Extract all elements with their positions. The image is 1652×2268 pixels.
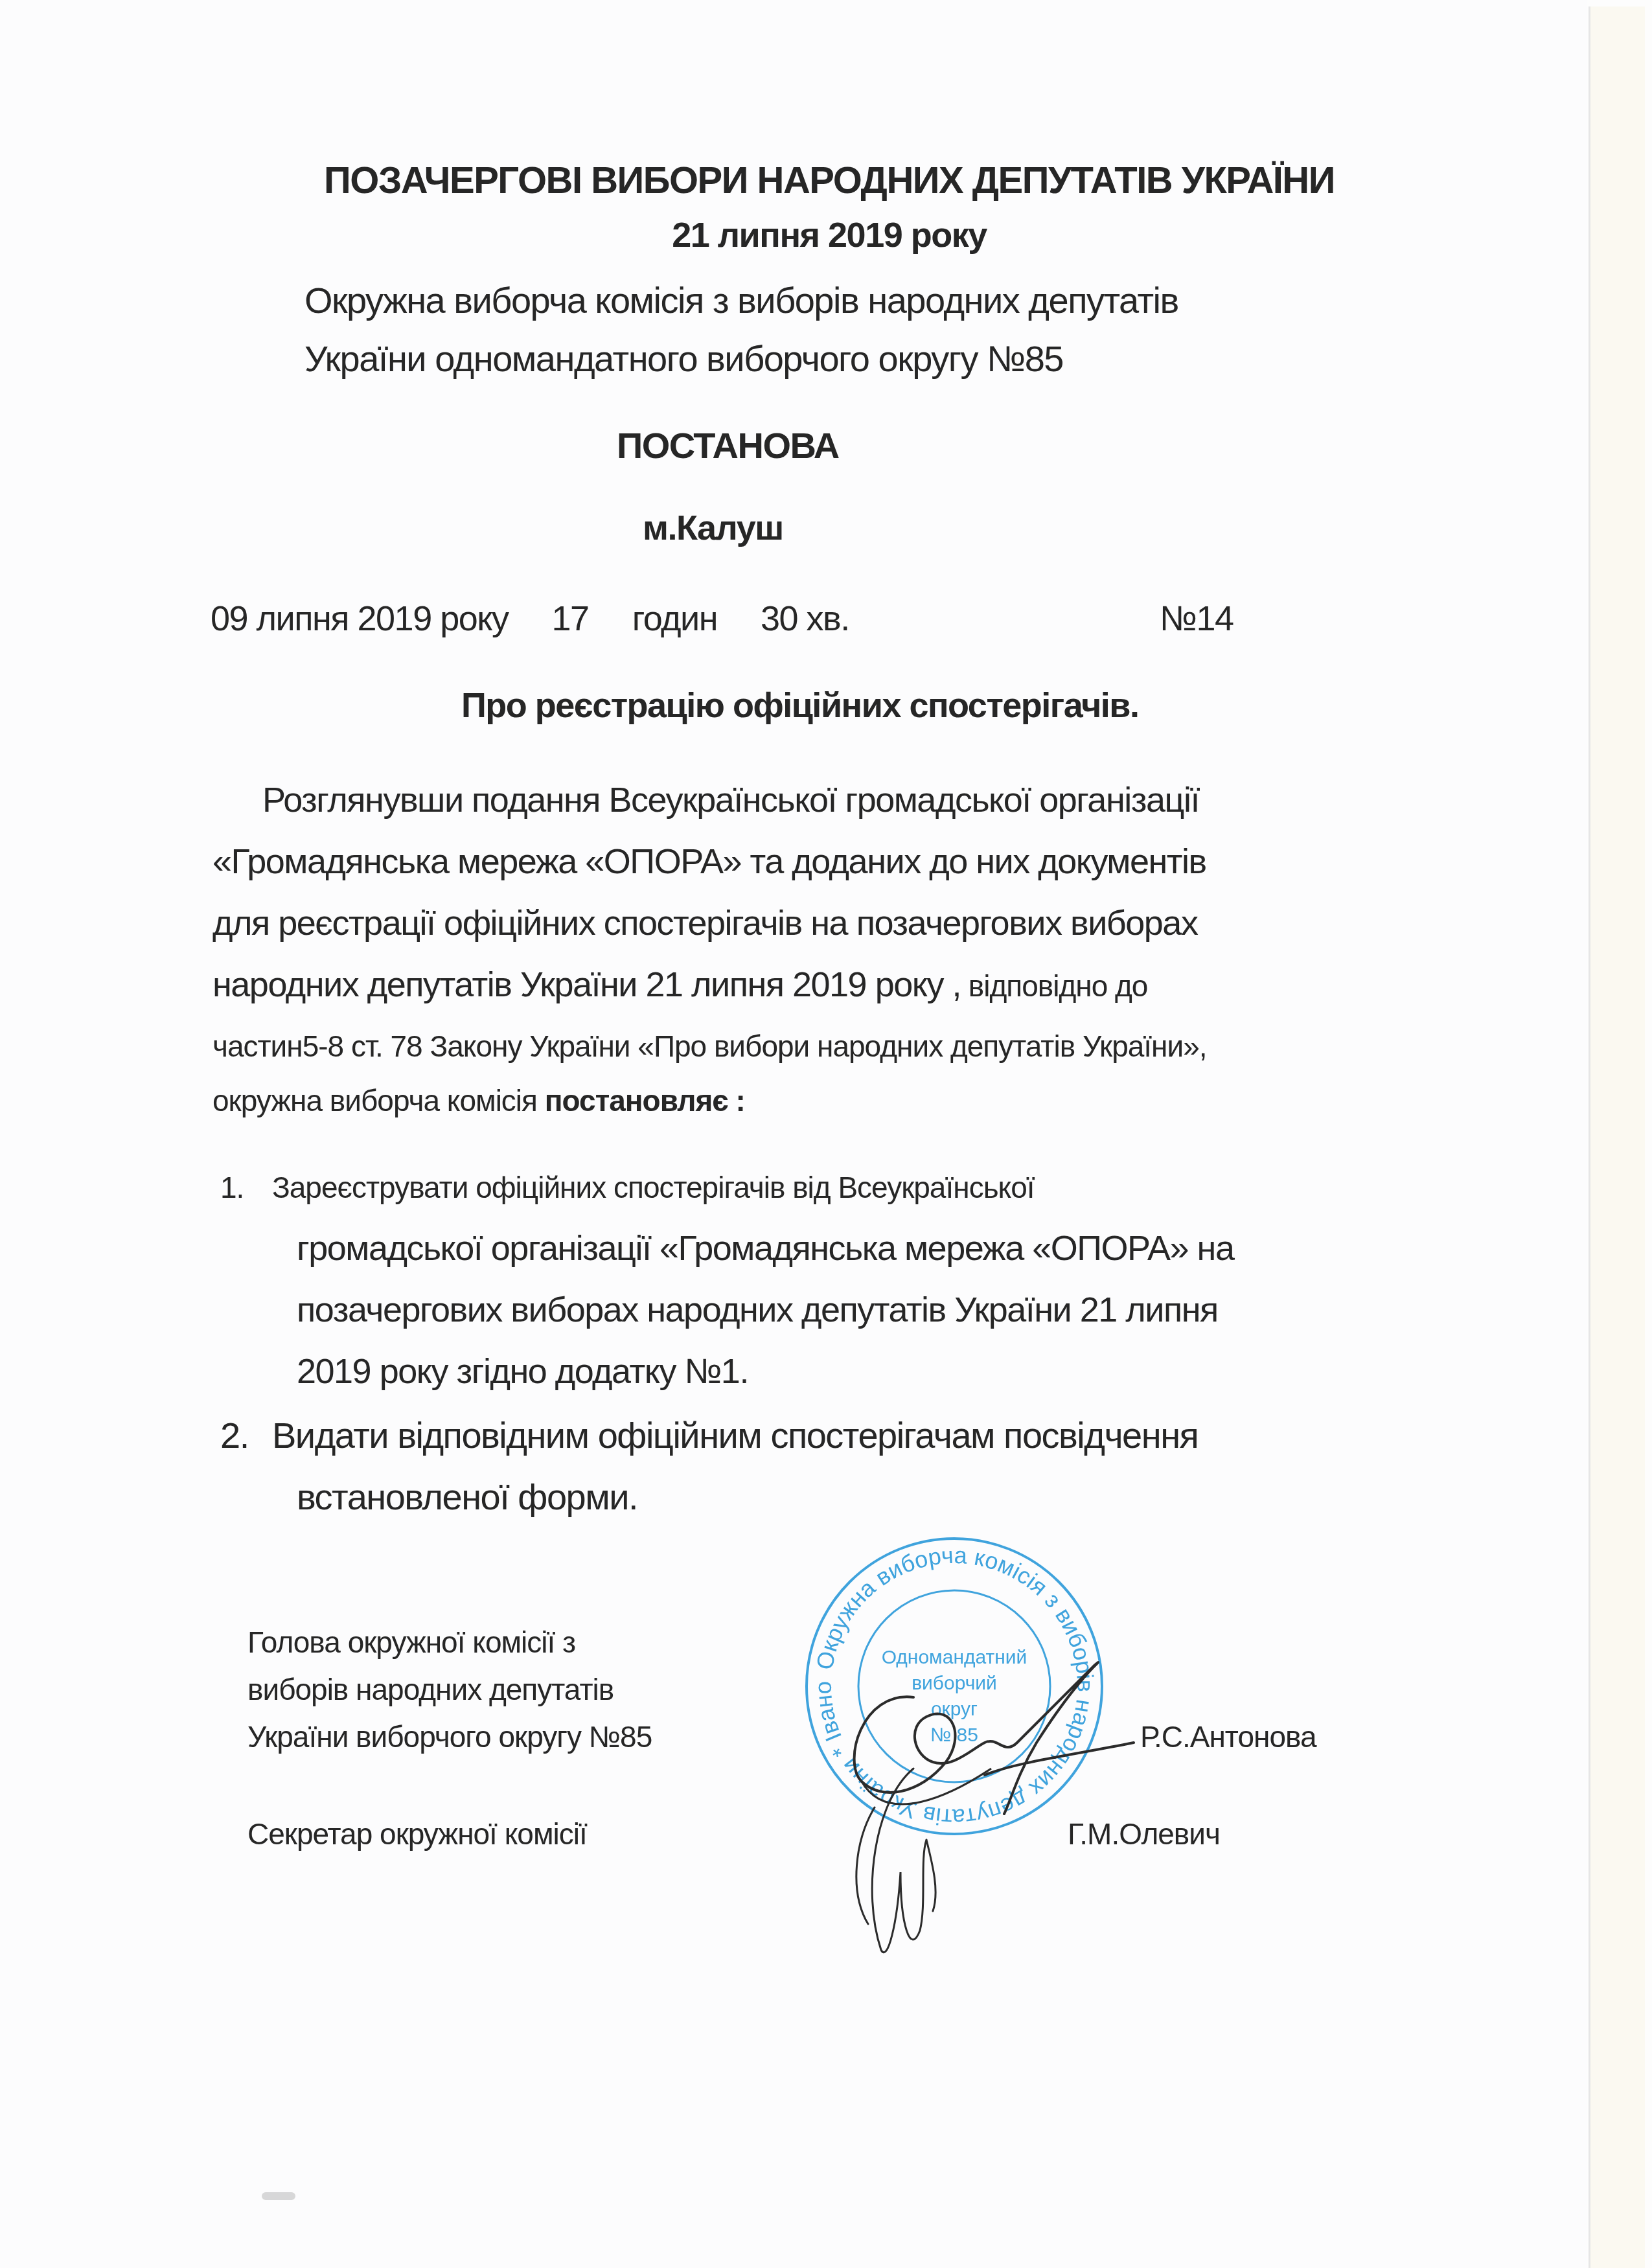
city: м.Калуш: [643, 510, 783, 545]
document-type: ПОСТАНОВА: [617, 428, 839, 464]
scan-artifact: [262, 2192, 295, 2200]
preamble-line: Розглянувши подання Всеукраїнської грома…: [262, 783, 1199, 818]
secretary-signature-icon: [836, 1762, 965, 1976]
document-hours: 17: [552, 599, 589, 638]
resolution-line: 2019 року згідно додатку №1.: [297, 1354, 748, 1389]
document-minutes: 30 хв.: [761, 599, 849, 638]
commission-name-line2: України одномандатного виборчого округу …: [304, 341, 1063, 377]
document-hours-label: годин: [632, 599, 717, 638]
preamble-line: «Громадянська мережа «ОПОРА» та доданих …: [212, 844, 1206, 879]
document-date: 09 липня 2019 року: [211, 599, 508, 638]
document-page: ПОЗАЧЕРГОВІ ВИБОРИ НАРОДНИХ ДЕПУТАТІВ УК…: [0, 0, 1587, 2268]
resolves-keyword: постановляє :: [545, 1084, 745, 1117]
document-subject: Про реєстрацію офіційних спостерігачів.: [461, 688, 1139, 723]
chair-title-line: Голова окружної комісії з: [247, 1627, 575, 1657]
chair-name: Р.С.Антонова: [1140, 1722, 1316, 1752]
preamble-line: народних депутатів України 21 липня 2019…: [212, 967, 1147, 1002]
preamble-line: окружна виборча комісія постановляє :: [212, 1086, 745, 1116]
resolution-line: встановленої форми.: [297, 1479, 637, 1515]
document-number: №14: [1160, 601, 1233, 636]
resolution-line: позачергових виборах народних депутатів …: [297, 1292, 1218, 1327]
election-title: ПОЗАЧЕРГОВІ ВИБОРИ НАРОДНИХ ДЕПУТАТІВ УК…: [0, 162, 1652, 200]
resolution-item-2: 2.Видати відповідним офіційним спостеріг…: [220, 1417, 1198, 1454]
preamble-accordingly: відповідно до: [961, 969, 1147, 1003]
resolution-number: 1.: [220, 1173, 272, 1202]
page-edge-strip: [1589, 6, 1645, 2268]
secretary-title: Секретар окружної комісії: [247, 1819, 587, 1849]
commission-name-line1: Окружна виборча комісія з виборів народн…: [304, 282, 1178, 319]
resolution-item-1: 1.Зареєструвати офіційних спостерігачів …: [220, 1173, 1035, 1202]
chair-title-line: України виборчого округу №85: [247, 1722, 652, 1752]
chair-title-line: виборів народних депутатів: [247, 1675, 614, 1704]
preamble-line: частин5-8 ст. 78 Закону України «Про виб…: [212, 1031, 1207, 1061]
resolution-line: громадської організації «Громадянська ме…: [297, 1231, 1233, 1266]
election-date: 21 липня 2019 року: [0, 218, 1652, 253]
document-meta: 09 липня 2019 року 17 годин 30 хв.: [211, 601, 849, 636]
resolution-number: 2.: [220, 1417, 272, 1454]
preamble-line: для реєстрації офіційних спостерігачів н…: [212, 906, 1197, 941]
